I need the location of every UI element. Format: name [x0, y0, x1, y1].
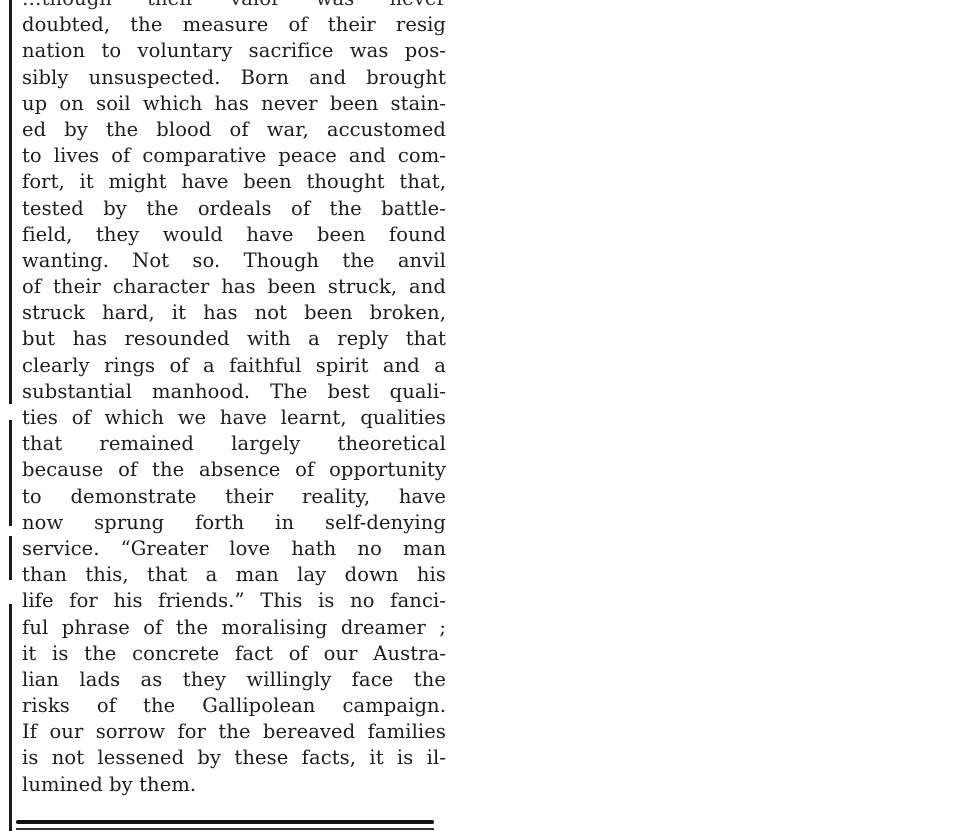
text-line: substantial manhood. The best quali-: [22, 379, 446, 405]
text-line: ties of which we have learnt, qualities: [22, 405, 446, 431]
text-line: because of the absence of opportunity: [22, 457, 446, 483]
text-line: service. “Greater love hath no man: [22, 536, 446, 562]
text-line: now sprung forth in self-denying: [22, 510, 446, 536]
text-line: is not lessened by these facts, it is il…: [22, 745, 446, 771]
text-line: ed by the blood of war, accustomed: [22, 117, 446, 143]
text-line: wanting. Not so. Though the anvil: [22, 248, 446, 274]
text-line: nation to voluntary sacrifice was pos-: [22, 38, 446, 64]
text-line: that remained largely theoretical: [22, 431, 446, 457]
text-line: up on soil which has never been stain-: [22, 91, 446, 117]
article-end-rule: [16, 820, 434, 824]
text-line: struck hard, it has not been broken,: [22, 300, 446, 326]
text-line: but has resounded with a reply that: [22, 326, 446, 352]
text-line: to lives of comparative peace and com-: [22, 143, 446, 169]
text-line: If our sorrow for the bereaved families: [22, 719, 446, 745]
text-line: tested by the ordeals of the battle-: [22, 196, 446, 222]
text-line: risks of the Gallipolean campaign.: [22, 693, 446, 719]
article-end-rule-thin: [16, 828, 434, 830]
text-line: doubted, the measure of their resig: [22, 12, 446, 38]
text-line: …though their valor was never: [22, 0, 446, 12]
newspaper-clipping: …though their valor was never doubted, t…: [0, 0, 460, 831]
text-line: field, they would have been found: [22, 222, 446, 248]
column-rule: [9, 0, 12, 831]
article-body: …though their valor was never doubted, t…: [22, 0, 446, 798]
text-line: to demonstrate their reality, have: [22, 484, 446, 510]
text-line: of their character has been struck, and: [22, 274, 446, 300]
text-line: clearly rings of a faithful spirit and a: [22, 353, 446, 379]
text-line: lian lads as they willingly face the: [22, 667, 446, 693]
text-line: than this, that a man lay down his: [22, 562, 446, 588]
text-line: it is the concrete fact of our Austra-: [22, 641, 446, 667]
text-line: sibly unsuspected. Born and brought: [22, 65, 446, 91]
text-line: ful phrase of the moralising dreamer ;: [22, 615, 446, 641]
text-line: fort, it might have been thought that,: [22, 169, 446, 195]
text-line: life for his friends.” This is no fanci-: [22, 588, 446, 614]
text-line: lumined by them.: [22, 772, 446, 798]
